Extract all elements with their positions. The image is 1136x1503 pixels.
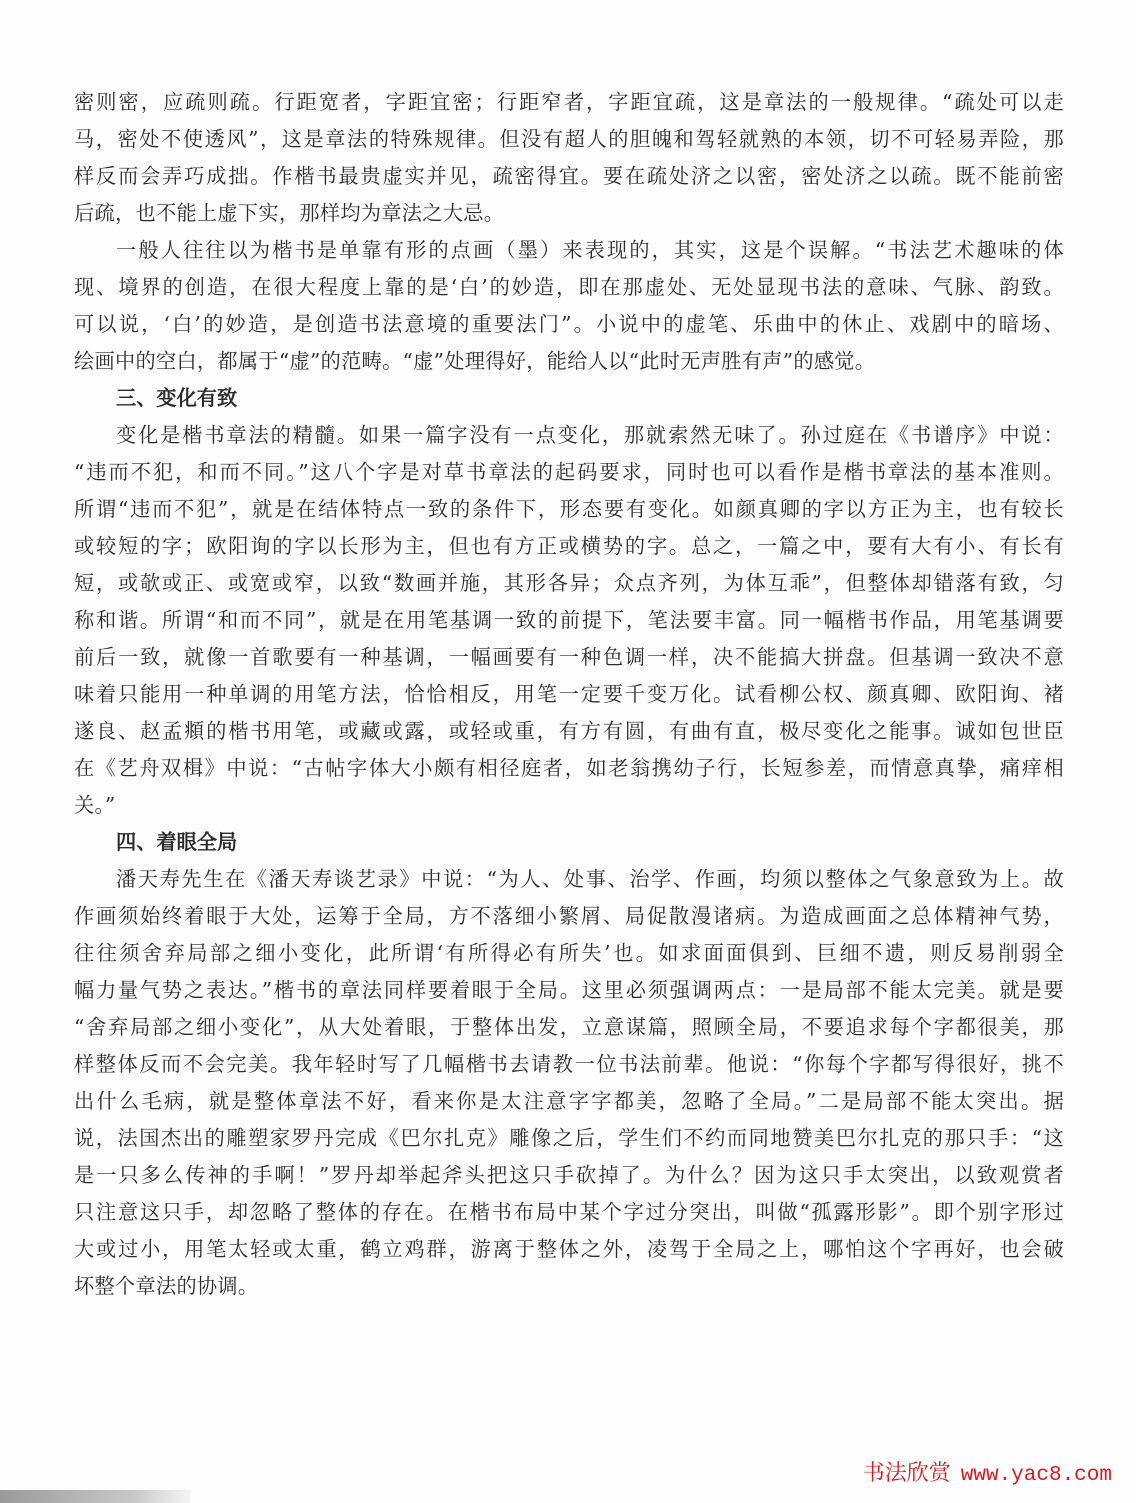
paragraph-line: 密则密，应疏则疏。行距宽者，字距宜密；行距窄者，字距宜疏，这是章法的一般规律。“… — [74, 84, 1064, 121]
paragraph-line: 说，法国杰出的雕塑家罗丹完成《巴尔扎克》雕像之后，学生们不约而同地赞美巴尔扎克的… — [74, 1120, 1064, 1157]
paragraph-line: 前后一致，就像一首歌要有一种基调，一幅画要有一种色调一样，决不能搞大拼盘。但基调… — [74, 639, 1064, 676]
paragraph-line: “违而不犯，和而不同。”这八个字是对草书章法的起码要求，同时也可以看作是楷书章法… — [74, 454, 1064, 491]
watermark-url: www.yac8.com — [961, 1464, 1112, 1487]
section-heading: 四、着眼全局 — [74, 824, 1064, 861]
paragraph-line: 在《艺舟双楫》中说：“古帖字体大小颇有相径庭者，如老翁携幼子行，长短参差，而情意… — [74, 750, 1064, 787]
paragraph-line: 味着只能用一种单调的用笔方法，恰恰相反，用笔一定要千变万化。试看柳公权、颜真卿、… — [74, 676, 1064, 713]
body-text: 密则密，应疏则疏。行距宽者，字距宜密；行距窄者，字距宜疏，这是章法的一般规律。“… — [74, 84, 1064, 1305]
paragraph-line: 大或过小，用笔太轻或太重，鹤立鸡群，游离于整体之外，凌驾于全局之上，哪怕这个字再… — [74, 1231, 1064, 1268]
paragraph-line: 现、境界的创造，在很大程度上靠的是‘白’的妙造，即在那虚处、无处显现书法的意味、… — [74, 269, 1064, 306]
paragraph-line: 遂良、赵孟頫的楷书用笔，或藏或露，或轻或重，有方有圆，有曲有直，极尽变化之能事。… — [74, 713, 1064, 750]
site-watermark: 书法欣赏www.yac8.com — [863, 1456, 1112, 1487]
paragraph-line: 可以说，‘白’的妙造，是创造书法意境的重要法门”。小说中的虚笔、乐曲中的休止、戏… — [74, 306, 1064, 343]
paragraph-line: 关。” — [74, 787, 1064, 824]
corner-artifact-bar — [0, 1490, 190, 1503]
scanned-book-page: 密则密，应疏则疏。行距宽者，字距宜密；行距窄者，字距宜疏，这是章法的一般规律。“… — [0, 0, 1136, 1503]
paragraph-line: 短，或欹或正、或宽或窄，以致“数画并施，其形各异；众点齐列，为体互乖”，但整体却… — [74, 565, 1064, 602]
paragraph-line: 只注意这只手，却忽略了整体的存在。在楷书布局中某个字过分突出，叫做“孤露形影”。… — [74, 1194, 1064, 1231]
paragraph-line: 样反而会弄巧成拙。作楷书最贵虚实并见，疏密得宜。要在疏处济之以密，密处济之以疏。… — [74, 158, 1064, 195]
paragraph-line: 绘画中的空白，都属于“虚”的范畴。“虚”处理得好，能给人以“此时无声胜有声”的感… — [74, 343, 1064, 380]
paragraph-first-line: 潘天寿先生在《潘天寿谈艺录》中说：“为人、处事、治学、作画，均须以整体之气象意致… — [74, 861, 1064, 898]
paragraph-line: 作画须始终着眼于大处，运筹于全局，方不落细小繁屑、局促散漫诸病。为造成画面之总体… — [74, 898, 1064, 935]
paragraph-line: 是一只多么传神的手啊！”罗丹却举起斧头把这只手砍掉了。为什么？因为这只手太突出，… — [74, 1157, 1064, 1194]
paragraph-line: 幅力量气势之表达。”楷书的章法同样要着眼于全局。这里必须强调两点：一是局部不能太… — [74, 972, 1064, 1009]
paragraph-line: 后疏，也不能上虚下实，那样均为章法之大忌。 — [74, 195, 1064, 232]
paragraph-first-line: 变化是楷书章法的精髓。如果一篇字没有一点变化，那就索然无味了。孙过庭在《书谱序》… — [74, 417, 1064, 454]
paragraph-line: 马，密处不使透风”，这是章法的特殊规律。但没有超人的胆魄和驾轻就熟的本领，切不可… — [74, 121, 1064, 158]
paragraph-line: 往往须舍弃局部之细小变化，此所谓‘有所得必有所失’也。如求面面俱到、巨细不遗，则… — [74, 935, 1064, 972]
paragraph-line: 所谓“违而不犯”，就是在结体特点一致的条件下，形态要有变化。如颜真卿的字以方正为… — [74, 491, 1064, 528]
watermark-label: 书法欣赏 — [863, 1461, 951, 1486]
paragraph-line: 出什么毛病，就是整体章法不好，看来你是太注意字字都美，忽略了全局。”二是局部不能… — [74, 1083, 1064, 1120]
section-heading: 三、变化有致 — [74, 380, 1064, 417]
paragraph-first-line: 一般人往往以为楷书是单靠有形的点画（墨）来表现的，其实，这是个误解。“书法艺术趣… — [74, 232, 1064, 269]
paragraph-line: 或较短的字；欧阳询的字以长形为主，但也有方正或横势的字。总之，一篇之中，要有大有… — [74, 528, 1064, 565]
paragraph-line: 坏整个章法的协调。 — [74, 1268, 1064, 1305]
paragraph-line: 样整体反而不会完美。我年轻时写了几幅楷书去请教一位书法前辈。他说：“你每个字都写… — [74, 1046, 1064, 1083]
paragraph-line: 称和谐。所谓“和而不同”，就是在用笔基调一致的前提下，笔法要丰富。同一幅楷书作品… — [74, 602, 1064, 639]
paragraph-line: “舍弃局部之细小变化”，从大处着眼，于整体出发，立意谋篇，照顾全局，不要追求每个… — [74, 1009, 1064, 1046]
